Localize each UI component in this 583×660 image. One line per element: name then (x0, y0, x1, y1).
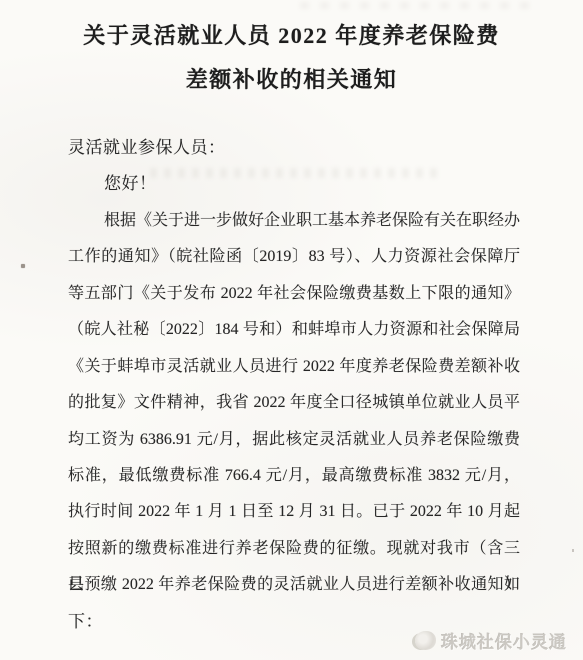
body-line: （皖人社秘〔2022〕184 号和）和蚌埠市人力资源和社会保障局 (68, 312, 520, 348)
body-line: 工作的通知》（皖社险函〔2019〕83 号）、人力资源社会保障厅 (68, 239, 520, 275)
body-line: 标准，最低缴费标准 766.4 元/月，最高缴费标准 3832 元/月， (68, 458, 520, 494)
scan-dot-artifact (21, 264, 25, 268)
document-body: 灵活就业参保人员： 您好！ 根据《关于进一步做好企业职工基本养老保险有关在职经办… (68, 130, 520, 640)
scanned-notice-page: 关于灵活就业人员 2022 年度养老保险费 差额补收的相关通知 灵活就业参保人员… (0, 0, 583, 660)
body-line: 根据《关于进一步做好企业职工基本养老保险有关在职经办 (68, 203, 520, 239)
body-line: 已预缴 2022 年养老保险费的灵活就业人员进行差额补收通知如 (68, 567, 520, 603)
body-line: 执行时间 2022 年 1 月 1 日至 12 月 31 日。已于 2022 年… (68, 494, 520, 530)
body-line: 《关于蚌埠市灵活就业人员进行 2022 年度养老保险费差额补收 (68, 349, 520, 385)
document-title-line-1: 关于灵活就业人员 2022 年度养老保险费 (0, 14, 583, 58)
body-line: 等五部门《关于发布 2022 年社会保险缴费基数上下限的通知》 (68, 276, 520, 312)
body-line: 按照新的缴费标准进行养老保险费的征缴。现就对我市（含三县） (68, 531, 520, 567)
watermark-logo-icon (415, 631, 436, 650)
body-line: 均工资为 6386.91 元/月，据此核定灵活就业人员养老保险缴费 (68, 422, 520, 458)
scan-bleed-artifact-top (300, 2, 530, 9)
document-title: 关于灵活就业人员 2022 年度养老保险费 差额补收的相关通知 (0, 14, 583, 102)
body-line: 的批复》文件精神，我省 2022 年度全口径城镇单位就业人员平 (68, 385, 520, 421)
document-title-line-2: 差额补收的相关通知 (0, 58, 583, 102)
scan-dot-artifact-right (572, 549, 574, 552)
salutation-line: 灵活就业参保人员： (68, 130, 520, 166)
watermark-text: 珠城社保小灵通 (441, 628, 567, 653)
greeting-line: 您好！ (68, 166, 520, 202)
watermark: 珠城社保小灵通 (415, 628, 567, 653)
